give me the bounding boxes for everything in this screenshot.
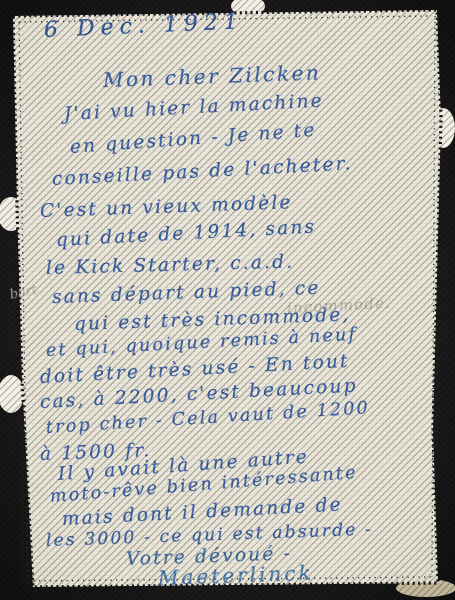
scanned-letter-view: 6 Dec. 1921 Mon cher Zilcken J'ai vu hie… xyxy=(0,0,455,600)
pencil-margin-note: bart xyxy=(8,282,38,302)
letter-line: conseille pas de l'acheter. xyxy=(51,153,353,190)
letter-line: J'ai vu hier la machine xyxy=(63,90,324,125)
letter-line: C'est un vieux modèle xyxy=(40,192,293,222)
handwriting-layer: 6 Dec. 1921 Mon cher Zilcken J'ai vu hie… xyxy=(0,0,455,600)
letter-date: 6 Dec. 1921 xyxy=(43,9,244,43)
letter-line: sans départ au pied, ce xyxy=(52,278,321,308)
letter-line: le Kick Starter, c.a.d. xyxy=(46,252,295,279)
salutation: Mon cher Zilcken xyxy=(103,60,322,92)
signature: Maeterlinck xyxy=(158,561,314,590)
letter-line: qui date de 1914, sans xyxy=(55,216,316,251)
letter-line: en question - Je ne te xyxy=(69,120,317,158)
